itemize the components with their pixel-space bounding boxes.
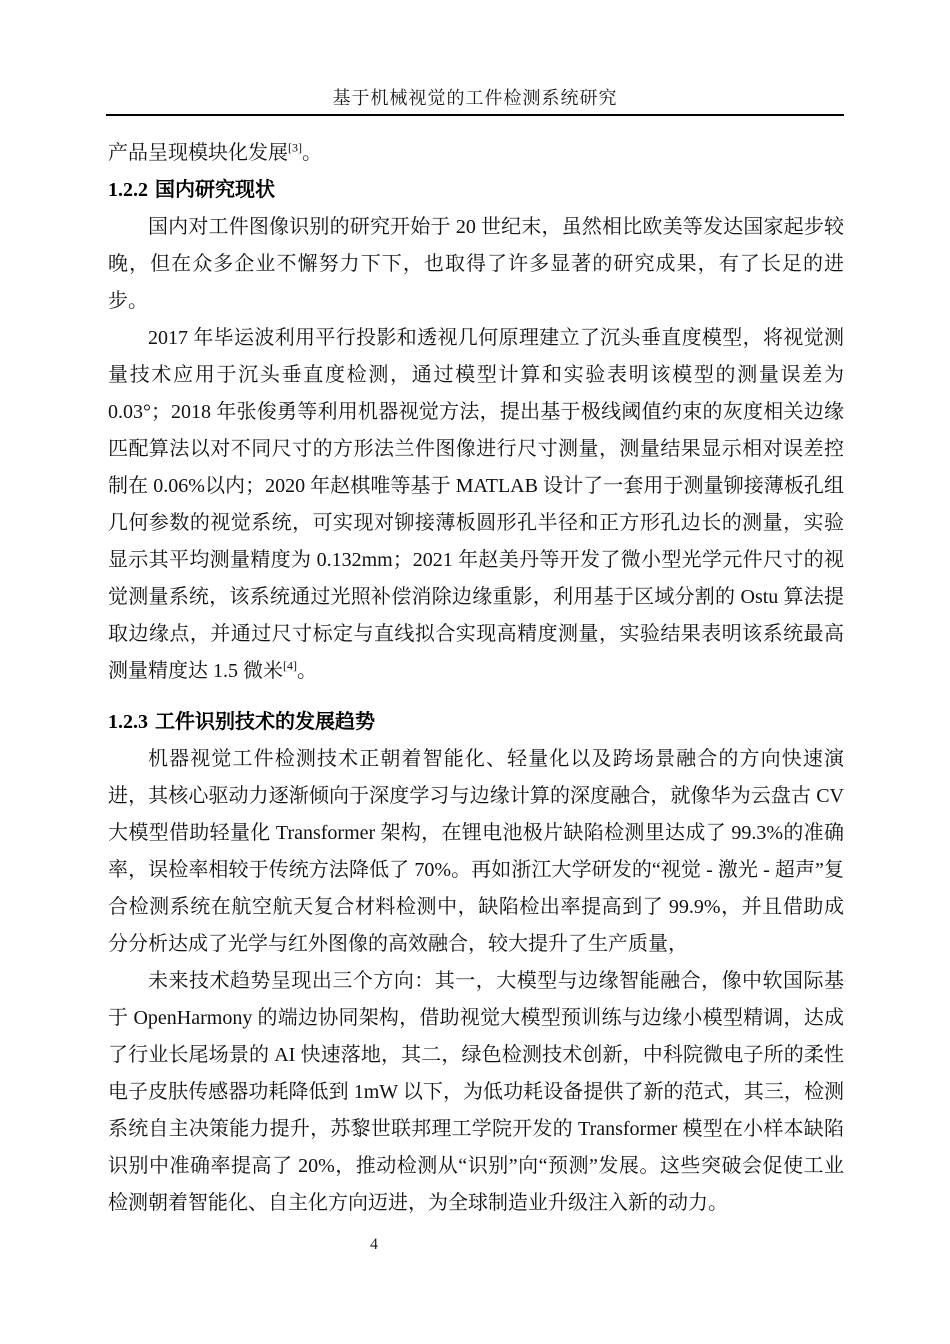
section-number: 1.2.3: [108, 711, 148, 733]
paragraph-intro-continuation: 产品呈现模块化发展[3]。: [108, 135, 844, 172]
paragraph-trends-2: 未来技术趋势呈现出三个方向：其一，大模型与边缘智能融合，像中软国际基于 Open…: [108, 963, 844, 1222]
running-header: 基于机械视觉的工件检测系统研究: [106, 84, 844, 116]
running-header-title: 基于机械视觉的工件检测系统研究: [333, 88, 618, 108]
section-title: 工件识别技术的发展趋势: [155, 711, 375, 733]
paragraph-domestic-research-1: 国内对工件图像识别的研究开始于 20 世纪末，虽然相比欧美等发达国家起步较晚，但…: [108, 209, 844, 320]
paragraph-trends-1: 机器视觉工件检测技术正朝着智能化、轻量化以及跨场景融合的方向快速演进，其核心驱动…: [108, 741, 844, 963]
citation-marker-3: [3]: [288, 140, 302, 154]
paragraph-text: 产品呈现模块化发展: [108, 142, 288, 164]
citation-marker-4: [4]: [283, 658, 297, 672]
paragraph-text: 。: [297, 660, 317, 682]
section-heading-1-2-2: 1.2.2国内研究现状: [108, 172, 844, 209]
section-number: 1.2.2: [108, 179, 148, 201]
page-content: 产品呈现模块化发展[3]。 1.2.2国内研究现状 国内对工件图像识别的研究开始…: [108, 135, 844, 1222]
page-number: 4: [370, 1236, 378, 1254]
section-heading-1-2-3: 1.2.3工件识别技术的发展趋势: [108, 704, 844, 741]
paragraph-text: 。: [302, 142, 322, 164]
section-title: 国内研究现状: [155, 179, 275, 201]
document-page: 基于机械视觉的工件检测系统研究 产品呈现模块化发展[3]。 1.2.2国内研究现…: [0, 0, 950, 1344]
paragraph-domestic-research-2: 2017 年毕运波利用平行投影和透视几何原理建立了沉头垂直度模型，将视觉测量技术…: [108, 320, 844, 690]
paragraph-text: 2017 年毕运波利用平行投影和透视几何原理建立了沉头垂直度模型，将视觉测量技术…: [108, 327, 844, 682]
